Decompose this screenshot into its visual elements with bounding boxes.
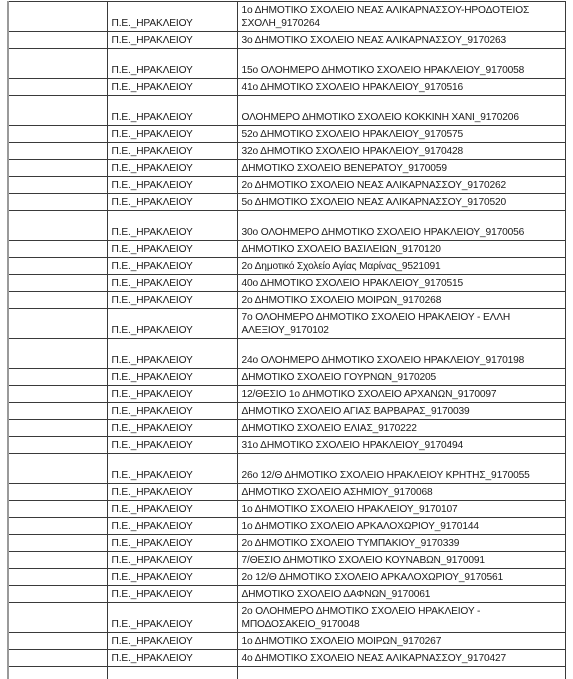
school-name-cell: 1ο ΔΗΜΟΤΙΚΟ ΣΧΟΛΕΙΟ ΜΟΙΡΩΝ_9170267 <box>237 633 565 650</box>
blank-cell <box>8 126 107 143</box>
table-row: Π.Ε._ΗΡΑΚΛΕΙΟΥ2ο Δημοτικό Σχολείο Αγίας … <box>8 258 565 275</box>
school-name-cell <box>237 667 565 679</box>
table-row: Π.Ε._ΗΡΑΚΛΕΙΟΥΔΗΜΟΤΙΚΟ ΣΧΟΛΕΙΟ ΑΣΗΜΙΟΥ_9… <box>8 484 565 501</box>
blank-cell <box>8 603 107 633</box>
region-cell: Π.Ε._ΗΡΑΚΛΕΙΟΥ <box>107 79 237 96</box>
table-row: Π.Ε._ΗΡΑΚΛΕΙΟΥ5ο ΔΗΜΟΤΙΚΟ ΣΧΟΛΕΙΟ ΝΕΑΣ Α… <box>8 194 565 211</box>
blank-cell <box>8 569 107 586</box>
region-cell: Π.Ε._ΗΡΑΚΛΕΙΟΥ <box>107 241 237 258</box>
table-row: Π.Ε._ΗΡΑΚΛΕΙΟΥ3ο ΔΗΜΟΤΙΚΟ ΣΧΟΛΕΙΟ ΝΕΑΣ Α… <box>8 32 565 49</box>
school-name-cell: ΔΗΜΟΤΙΚΟ ΣΧΟΛΕΙΟ ΔΑΦΝΩΝ_9170061 <box>237 586 565 603</box>
school-name-cell: 32ο ΔΗΜΟΤΙΚΟ ΣΧΟΛΕΙΟ ΗΡΑΚΛΕΙΟΥ_9170428 <box>237 143 565 160</box>
school-name-cell: 3ο ΔΗΜΟΤΙΚΟ ΣΧΟΛΕΙΟ ΝΕΑΣ ΑΛΙΚΑΡΝΑΣΣΟΥ_91… <box>237 32 565 49</box>
region-cell: Π.Ε._ΗΡΑΚΛΕΙΟΥ <box>107 586 237 603</box>
table-row: Π.Ε._ΗΡΑΚΛΕΙΟΥΟΛΟΗΜΕΡΟ ΔΗΜΟΤΙΚΟ ΣΧΟΛΕΙΟ … <box>8 96 565 126</box>
table-row: Π.Ε._ΗΡΑΚΛΕΙΟΥ1ο ΔΗΜΟΤΙΚΟ ΣΧΟΛΕΙΟ ΝΕΑΣ Α… <box>8 2 565 32</box>
region-cell: Π.Ε._ΗΡΑΚΛΕΙΟΥ <box>107 96 237 126</box>
school-name-cell: 5ο ΔΗΜΟΤΙΚΟ ΣΧΟΛΕΙΟ ΝΕΑΣ ΑΛΙΚΑΡΝΑΣΣΟΥ_91… <box>237 194 565 211</box>
table-row: Π.Ε._ΗΡΑΚΛΕΙΟΥ7/ΘΕΣΙΟ ΔΗΜΟΤΙΚΟ ΣΧΟΛΕΙΟ Κ… <box>8 552 565 569</box>
region-cell: Π.Ε._ΗΡΑΚΛΕΙΟΥ <box>107 126 237 143</box>
blank-cell <box>8 194 107 211</box>
blank-cell <box>8 650 107 667</box>
table-row: Π.Ε._ΗΡΑΚΛΕΙΟΥ24ο ΟΛΟΗΜΕΡΟ ΔΗΜΟΤΙΚΟ ΣΧΟΛ… <box>8 339 565 369</box>
blank-cell <box>8 484 107 501</box>
region-cell: Π.Ε._ΗΡΑΚΛΕΙΟΥ <box>107 339 237 369</box>
schools-table: Π.Ε._ΗΡΑΚΛΕΙΟΥ1ο ΔΗΜΟΤΙΚΟ ΣΧΟΛΕΙΟ ΝΕΑΣ Α… <box>7 1 566 679</box>
table-row: Π.Ε._ΗΡΑΚΛΕΙΟΥ1ο ΔΗΜΟΤΙΚΟ ΣΧΟΛΕΙΟ ΜΟΙΡΩΝ… <box>8 633 565 650</box>
school-name-cell: ΔΗΜΟΤΙΚΟ ΣΧΟΛΕΙΟ ΑΓΙΑΣ ΒΑΡΒΑΡΑΣ_9170039 <box>237 403 565 420</box>
region-cell: Π.Ε._ΗΡΑΚΛΕΙΟΥ <box>107 2 237 32</box>
region-cell: Π.Ε._ΗΡΑΚΛΕΙΟΥ <box>107 518 237 535</box>
table-row: Π.Ε._ΗΡΑΚΛΕΙΟΥ26ο 12/Θ ΔΗΜΟΤΙΚΟ ΣΧΟΛΕΙΟ … <box>8 454 565 484</box>
school-name-cell: ΔΗΜΟΤΙΚΟ ΣΧΟΛΕΙΟ ΒΑΣΙΛΕΙΩΝ_9170120 <box>237 241 565 258</box>
school-name-cell: 1ο ΔΗΜΟΤΙΚΟ ΣΧΟΛΕΙΟ ΑΡΚΑΛΟΧΩΡΙΟΥ_9170144 <box>237 518 565 535</box>
school-name-cell: ΔΗΜΟΤΙΚΟ ΣΧΟΛΕΙΟ ΓΟΥΡΝΩΝ_9170205 <box>237 369 565 386</box>
region-cell: Π.Ε._ΗΡΑΚΛΕΙΟΥ <box>107 160 237 177</box>
region-cell: Π.Ε._ΗΡΑΚΛΕΙΟΥ <box>107 275 237 292</box>
blank-cell <box>8 667 107 679</box>
table-row: Π.Ε._ΗΡΑΚΛΕΙΟΥ30ο ΟΛΟΗΜΕΡΟ ΔΗΜΟΤΙΚΟ ΣΧΟΛ… <box>8 211 565 241</box>
school-name-cell: ΔΗΜΟΤΙΚΟ ΣΧΟΛΕΙΟ ΕΛΙΑΣ_9170222 <box>237 420 565 437</box>
region-cell: Π.Ε._ΗΡΑΚΛΕΙΟΥ <box>107 143 237 160</box>
school-name-cell: 2ο ΔΗΜΟΤΙΚΟ ΣΧΟΛΕΙΟ ΝΕΑΣ ΑΛΙΚΑΡΝΑΣΣΟΥ_91… <box>237 177 565 194</box>
region-cell <box>107 667 237 679</box>
school-name-cell: 2ο Δημοτικό Σχολείο Αγίας Μαρίνας_952109… <box>237 258 565 275</box>
blank-cell <box>8 292 107 309</box>
blank-cell <box>8 241 107 258</box>
table-row: Π.Ε._ΗΡΑΚΛΕΙΟΥ12/ΘΕΣΙΟ 1ο ΔΗΜΟΤΙΚΟ ΣΧΟΛΕ… <box>8 386 565 403</box>
schools-table-body: Π.Ε._ΗΡΑΚΛΕΙΟΥ1ο ΔΗΜΟΤΙΚΟ ΣΧΟΛΕΙΟ ΝΕΑΣ Α… <box>8 2 565 679</box>
blank-cell <box>8 211 107 241</box>
region-cell: Π.Ε._ΗΡΑΚΛΕΙΟΥ <box>107 454 237 484</box>
table-row: Π.Ε._ΗΡΑΚΛΕΙΟΥ41ο ΔΗΜΟΤΙΚΟ ΣΧΟΛΕΙΟ ΗΡΑΚΛ… <box>8 79 565 96</box>
blank-cell <box>8 275 107 292</box>
blank-cell <box>8 369 107 386</box>
region-cell: Π.Ε._ΗΡΑΚΛΕΙΟΥ <box>107 177 237 194</box>
school-name-cell: 12/ΘΕΣΙΟ 1ο ΔΗΜΟΤΙΚΟ ΣΧΟΛΕΙΟ ΑΡΧΑΝΩΝ_917… <box>237 386 565 403</box>
blank-cell <box>8 386 107 403</box>
table-row: Π.Ε._ΗΡΑΚΛΕΙΟΥΔΗΜΟΤΙΚΟ ΣΧΟΛΕΙΟ ΓΟΥΡΝΩΝ_9… <box>8 369 565 386</box>
region-cell: Π.Ε._ΗΡΑΚΛΕΙΟΥ <box>107 403 237 420</box>
table-row: Π.Ε._ΗΡΑΚΛΕΙΟΥ40ο ΔΗΜΟΤΙΚΟ ΣΧΟΛΕΙΟ ΗΡΑΚΛ… <box>8 275 565 292</box>
region-cell: Π.Ε._ΗΡΑΚΛΕΙΟΥ <box>107 211 237 241</box>
school-name-cell: 7ο ΟΛΟΗΜΕΡΟ ΔΗΜΟΤΙΚΟ ΣΧΟΛΕΙΟ ΗΡΑΚΛΕΙΟΥ -… <box>237 309 565 339</box>
school-name-cell: 2ο ΔΗΜΟΤΙΚΟ ΣΧΟΛΕΙΟ ΤΥΜΠΑΚΙΟΥ_9170339 <box>237 535 565 552</box>
region-cell: Π.Ε._ΗΡΑΚΛΕΙΟΥ <box>107 650 237 667</box>
school-name-cell: 24ο ΟΛΟΗΜΕΡΟ ΔΗΜΟΤΙΚΟ ΣΧΟΛΕΙΟ ΗΡΑΚΛΕΙΟΥ_… <box>237 339 565 369</box>
blank-cell <box>8 96 107 126</box>
school-name-cell: 4ο ΔΗΜΟΤΙΚΟ ΣΧΟΛΕΙΟ ΝΕΑΣ ΑΛΙΚΑΡΝΑΣΣΟΥ_91… <box>237 650 565 667</box>
table-row: Π.Ε._ΗΡΑΚΛΕΙΟΥ7ο ΟΛΟΗΜΕΡΟ ΔΗΜΟΤΙΚΟ ΣΧΟΛΕ… <box>8 309 565 339</box>
table-row: Π.Ε._ΗΡΑΚΛΕΙΟΥΔΗΜΟΤΙΚΟ ΣΧΟΛΕΙΟ ΒΕΝΕΡΑΤΟΥ… <box>8 160 565 177</box>
blank-cell <box>8 586 107 603</box>
table-row: Π.Ε._ΗΡΑΚΛΕΙΟΥΔΗΜΟΤΙΚΟ ΣΧΟΛΕΙΟ ΔΑΦΝΩΝ_91… <box>8 586 565 603</box>
region-cell: Π.Ε._ΗΡΑΚΛΕΙΟΥ <box>107 49 237 79</box>
table-row: Π.Ε._ΗΡΑΚΛΕΙΟΥ1ο ΔΗΜΟΤΙΚΟ ΣΧΟΛΕΙΟ ΗΡΑΚΛΕ… <box>8 501 565 518</box>
blank-cell <box>8 32 107 49</box>
school-name-cell: 1ο ΔΗΜΟΤΙΚΟ ΣΧΟΛΕΙΟ ΗΡΑΚΛΕΙΟΥ_9170107 <box>237 501 565 518</box>
region-cell: Π.Ε._ΗΡΑΚΛΕΙΟΥ <box>107 603 237 633</box>
region-cell: Π.Ε._ΗΡΑΚΛΕΙΟΥ <box>107 569 237 586</box>
table-row: Π.Ε._ΗΡΑΚΛΕΙΟΥΔΗΜΟΤΙΚΟ ΣΧΟΛΕΙΟ ΕΛΙΑΣ_917… <box>8 420 565 437</box>
school-name-cell: 7/ΘΕΣΙΟ ΔΗΜΟΤΙΚΟ ΣΧΟΛΕΙΟ ΚΟΥΝΑΒΩΝ_917009… <box>237 552 565 569</box>
region-cell: Π.Ε._ΗΡΑΚΛΕΙΟΥ <box>107 437 237 454</box>
table-row: Π.Ε._ΗΡΑΚΛΕΙΟΥ2ο ΔΗΜΟΤΙΚΟ ΣΧΟΛΕΙΟ ΜΟΙΡΩΝ… <box>8 292 565 309</box>
blank-cell <box>8 552 107 569</box>
region-cell: Π.Ε._ΗΡΑΚΛΕΙΟΥ <box>107 633 237 650</box>
region-cell: Π.Ε._ΗΡΑΚΛΕΙΟΥ <box>107 258 237 275</box>
table-row: Π.Ε._ΗΡΑΚΛΕΙΟΥ4ο ΔΗΜΟΤΙΚΟ ΣΧΟΛΕΙΟ ΝΕΑΣ Α… <box>8 650 565 667</box>
table-row <box>8 667 565 679</box>
region-cell: Π.Ε._ΗΡΑΚΛΕΙΟΥ <box>107 309 237 339</box>
blank-cell <box>8 143 107 160</box>
blank-cell <box>8 501 107 518</box>
table-row: Π.Ε._ΗΡΑΚΛΕΙΟΥΔΗΜΟΤΙΚΟ ΣΧΟΛΕΙΟ ΑΓΙΑΣ ΒΑΡ… <box>8 403 565 420</box>
school-name-cell: 41ο ΔΗΜΟΤΙΚΟ ΣΧΟΛΕΙΟ ΗΡΑΚΛΕΙΟΥ_9170516 <box>237 79 565 96</box>
table-row: Π.Ε._ΗΡΑΚΛΕΙΟΥ52ο ΔΗΜΟΤΙΚΟ ΣΧΟΛΕΙΟ ΗΡΑΚΛ… <box>8 126 565 143</box>
region-cell: Π.Ε._ΗΡΑΚΛΕΙΟΥ <box>107 535 237 552</box>
region-cell: Π.Ε._ΗΡΑΚΛΕΙΟΥ <box>107 501 237 518</box>
table-row: Π.Ε._ΗΡΑΚΛΕΙΟΥ2ο ΟΛΟΗΜΕΡΟ ΔΗΜΟΤΙΚΟ ΣΧΟΛΕ… <box>8 603 565 633</box>
table-row: Π.Ε._ΗΡΑΚΛΕΙΟΥ15ο ΟΛΟΗΜΕΡΟ ΔΗΜΟΤΙΚΟ ΣΧΟΛ… <box>8 49 565 79</box>
blank-cell <box>8 177 107 194</box>
school-name-cell: 2ο ΟΛΟΗΜΕΡΟ ΔΗΜΟΤΙΚΟ ΣΧΟΛΕΙΟ ΗΡΑΚΛΕΙΟΥ -… <box>237 603 565 633</box>
blank-cell <box>8 420 107 437</box>
table-row: Π.Ε._ΗΡΑΚΛΕΙΟΥ31ο ΔΗΜΟΤΙΚΟ ΣΧΟΛΕΙΟ ΗΡΑΚΛ… <box>8 437 565 454</box>
blank-cell <box>8 49 107 79</box>
table-row: Π.Ε._ΗΡΑΚΛΕΙΟΥ2ο 12/Θ ΔΗΜΟΤΙΚΟ ΣΧΟΛΕΙΟ Α… <box>8 569 565 586</box>
blank-cell <box>8 309 107 339</box>
blank-cell <box>8 518 107 535</box>
school-name-cell: ΔΗΜΟΤΙΚΟ ΣΧΟΛΕΙΟ ΑΣΗΜΙΟΥ_9170068 <box>237 484 565 501</box>
table-row: Π.Ε._ΗΡΑΚΛΕΙΟΥ2ο ΔΗΜΟΤΙΚΟ ΣΧΟΛΕΙΟ ΝΕΑΣ Α… <box>8 177 565 194</box>
blank-cell <box>8 339 107 369</box>
blank-cell <box>8 437 107 454</box>
table-row: Π.Ε._ΗΡΑΚΛΕΙΟΥ1ο ΔΗΜΟΤΙΚΟ ΣΧΟΛΕΙΟ ΑΡΚΑΛΟ… <box>8 518 565 535</box>
blank-cell <box>8 258 107 275</box>
school-name-cell: 26ο 12/Θ ΔΗΜΟΤΙΚΟ ΣΧΟΛΕΙΟ ΗΡΑΚΛΕΙΟΥ ΚΡΗΤ… <box>237 454 565 484</box>
table-row: Π.Ε._ΗΡΑΚΛΕΙΟΥ32ο ΔΗΜΟΤΙΚΟ ΣΧΟΛΕΙΟ ΗΡΑΚΛ… <box>8 143 565 160</box>
region-cell: Π.Ε._ΗΡΑΚΛΕΙΟΥ <box>107 369 237 386</box>
region-cell: Π.Ε._ΗΡΑΚΛΕΙΟΥ <box>107 484 237 501</box>
table-row: Π.Ε._ΗΡΑΚΛΕΙΟΥΔΗΜΟΤΙΚΟ ΣΧΟΛΕΙΟ ΒΑΣΙΛΕΙΩΝ… <box>8 241 565 258</box>
blank-cell <box>8 454 107 484</box>
school-name-cell: 30ο ΟΛΟΗΜΕΡΟ ΔΗΜΟΤΙΚΟ ΣΧΟΛΕΙΟ ΗΡΑΚΛΕΙΟΥ_… <box>237 211 565 241</box>
region-cell: Π.Ε._ΗΡΑΚΛΕΙΟΥ <box>107 32 237 49</box>
blank-cell <box>8 2 107 32</box>
document-page: Π.Ε._ΗΡΑΚΛΕΙΟΥ1ο ΔΗΜΟΤΙΚΟ ΣΧΟΛΕΙΟ ΝΕΑΣ Α… <box>7 1 564 679</box>
school-name-cell: ΟΛΟΗΜΕΡΟ ΔΗΜΟΤΙΚΟ ΣΧΟΛΕΙΟ ΚΟΚΚΙΝΗ ΧΑΝΙ_9… <box>237 96 565 126</box>
region-cell: Π.Ε._ΗΡΑΚΛΕΙΟΥ <box>107 292 237 309</box>
region-cell: Π.Ε._ΗΡΑΚΛΕΙΟΥ <box>107 420 237 437</box>
table-row: Π.Ε._ΗΡΑΚΛΕΙΟΥ2ο ΔΗΜΟΤΙΚΟ ΣΧΟΛΕΙΟ ΤΥΜΠΑΚ… <box>8 535 565 552</box>
blank-cell <box>8 535 107 552</box>
school-name-cell: ΔΗΜΟΤΙΚΟ ΣΧΟΛΕΙΟ ΒΕΝΕΡΑΤΟΥ_9170059 <box>237 160 565 177</box>
blank-cell <box>8 403 107 420</box>
blank-cell <box>8 79 107 96</box>
blank-cell <box>8 160 107 177</box>
region-cell: Π.Ε._ΗΡΑΚΛΕΙΟΥ <box>107 386 237 403</box>
region-cell: Π.Ε._ΗΡΑΚΛΕΙΟΥ <box>107 194 237 211</box>
school-name-cell: 2ο ΔΗΜΟΤΙΚΟ ΣΧΟΛΕΙΟ ΜΟΙΡΩΝ_9170268 <box>237 292 565 309</box>
blank-cell <box>8 633 107 650</box>
school-name-cell: 31ο ΔΗΜΟΤΙΚΟ ΣΧΟΛΕΙΟ ΗΡΑΚΛΕΙΟΥ_9170494 <box>237 437 565 454</box>
school-name-cell: 40ο ΔΗΜΟΤΙΚΟ ΣΧΟΛΕΙΟ ΗΡΑΚΛΕΙΟΥ_9170515 <box>237 275 565 292</box>
region-cell: Π.Ε._ΗΡΑΚΛΕΙΟΥ <box>107 552 237 569</box>
school-name-cell: 15ο ΟΛΟΗΜΕΡΟ ΔΗΜΟΤΙΚΟ ΣΧΟΛΕΙΟ ΗΡΑΚΛΕΙΟΥ_… <box>237 49 565 79</box>
school-name-cell: 1ο ΔΗΜΟΤΙΚΟ ΣΧΟΛΕΙΟ ΝΕΑΣ ΑΛΙΚΑΡΝΑΣΣΟΥ-ΗΡ… <box>237 2 565 32</box>
school-name-cell: 2ο 12/Θ ΔΗΜΟΤΙΚΟ ΣΧΟΛΕΙΟ ΑΡΚΑΛΟΧΩΡΙΟΥ_91… <box>237 569 565 586</box>
school-name-cell: 52ο ΔΗΜΟΤΙΚΟ ΣΧΟΛΕΙΟ ΗΡΑΚΛΕΙΟΥ_9170575 <box>237 126 565 143</box>
